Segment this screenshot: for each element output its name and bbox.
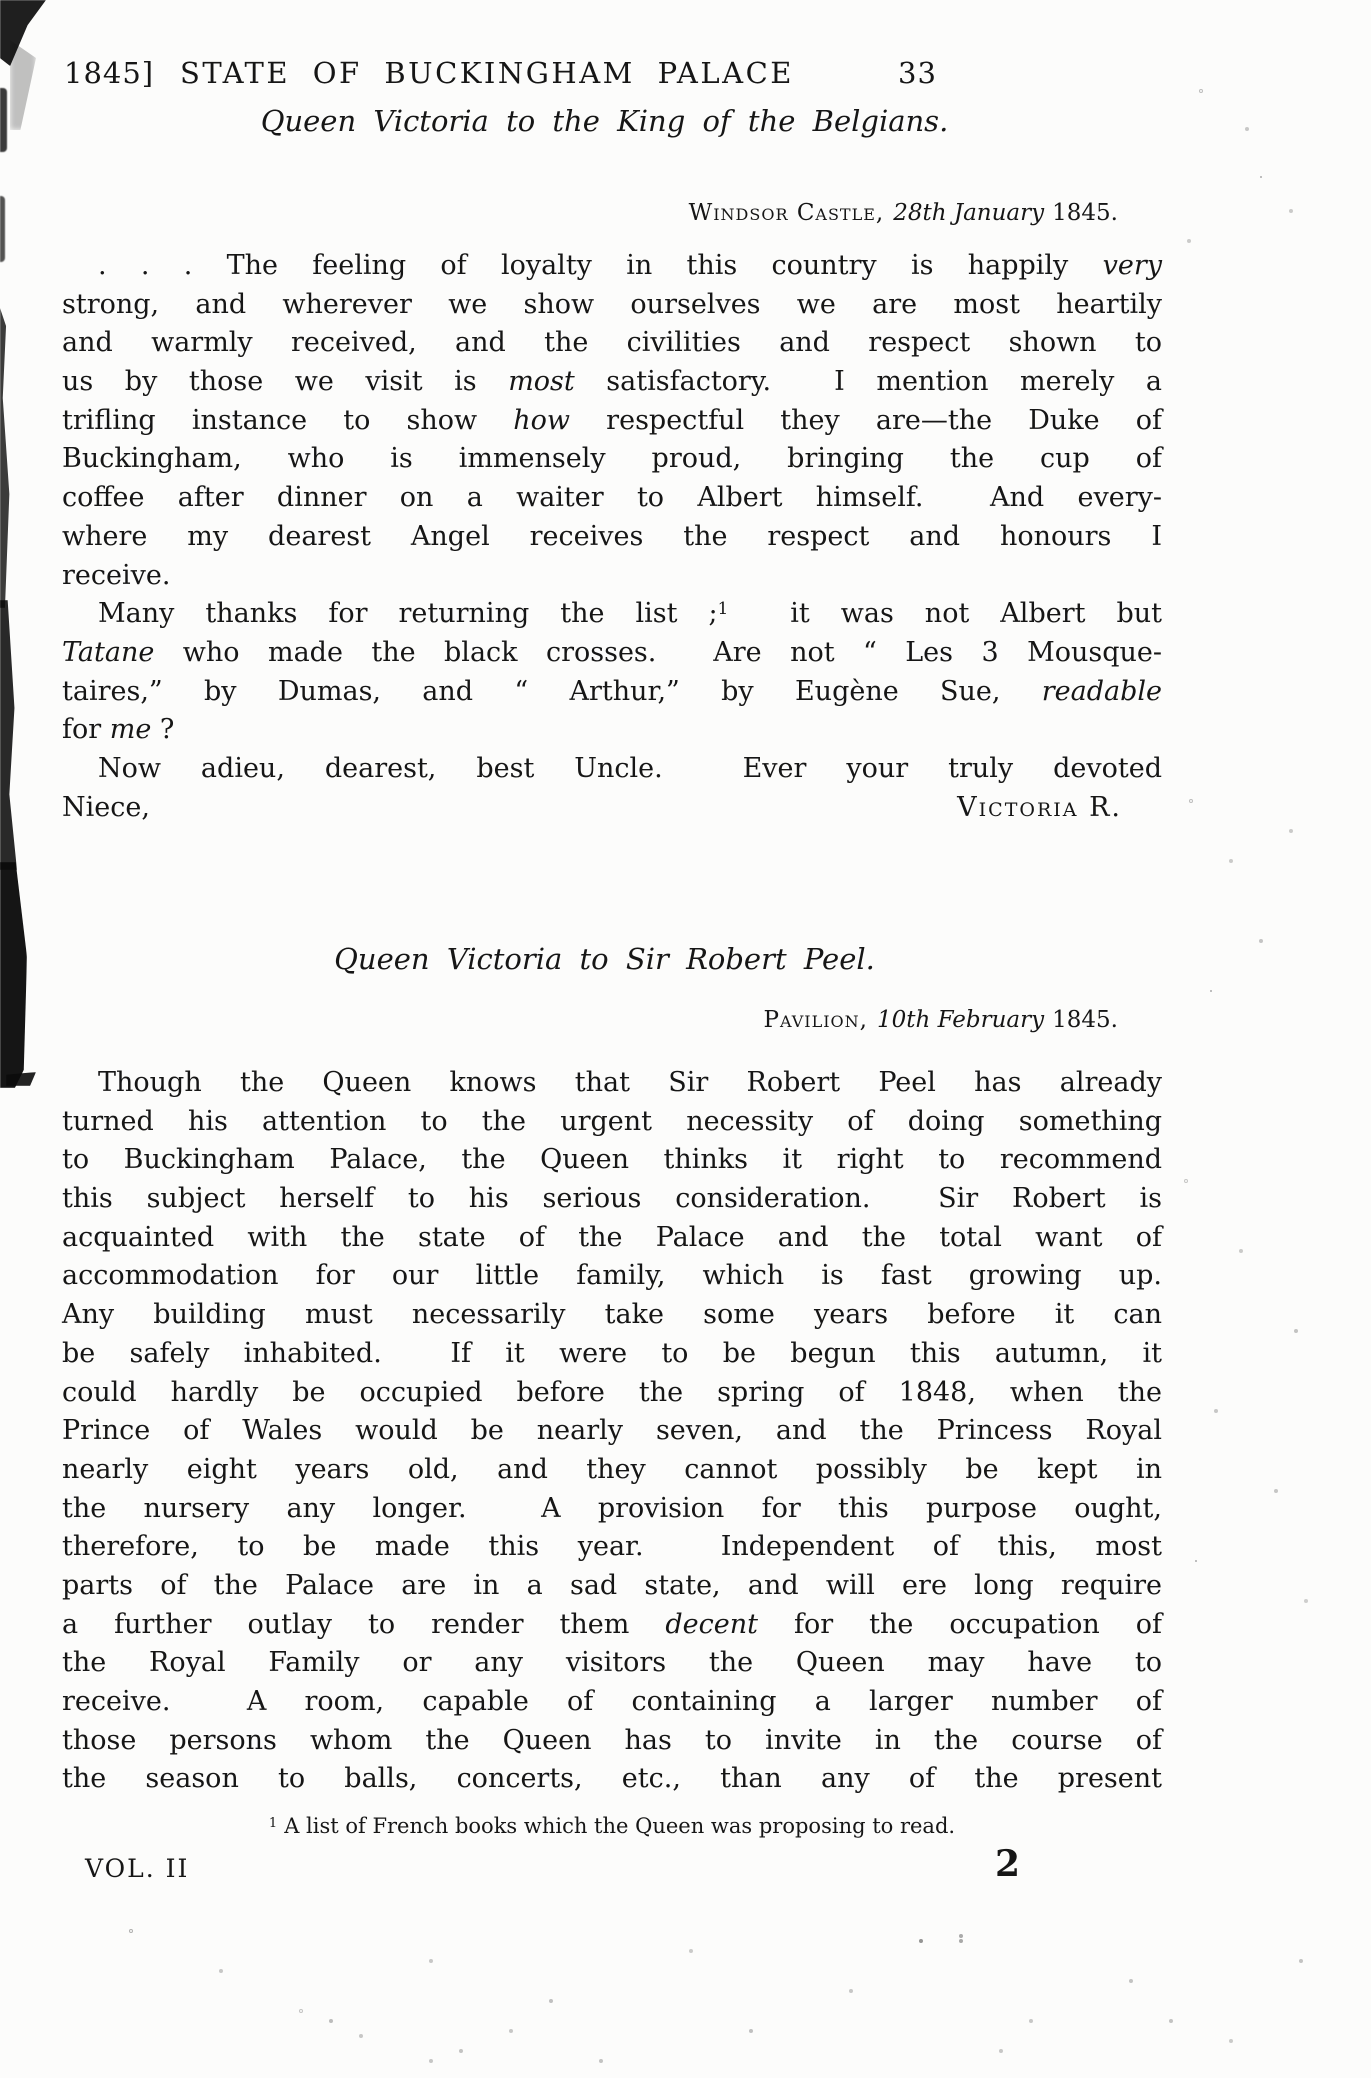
text-line: Tatane who made the black crosses. Are n… [62, 634, 1162, 673]
text-line: where my dearest Angel receives the resp… [62, 518, 1162, 557]
text-line: strong, and wherever we show ourselves w… [62, 286, 1162, 325]
signature-row: Niece, Victoria R. [62, 789, 1162, 828]
dateline-place: Windsor Castle, [689, 200, 885, 226]
footer-volume-label: VOL. II [85, 1854, 189, 1884]
dateline-year: 1845. [1052, 1007, 1118, 1033]
text-line: turned his attention to the urgent neces… [62, 1103, 1162, 1142]
text-line: for me ? [62, 711, 1162, 750]
running-header-year: 1845] [64, 56, 154, 90]
scanned-book-page: 1845] STATE OF BUCKINGHAM PALACE 33 Quee… [0, 0, 1371, 2078]
scan-artifact-left-band [0, 308, 11, 608]
text-line: nearly eight years old, and they cannot … [62, 1451, 1162, 1490]
text-line: this subject herself to his serious cons… [62, 1180, 1162, 1219]
running-header-page-number: 33 [898, 56, 937, 90]
signature-closing: Niece, [62, 789, 150, 828]
letter-1-dateline: Windsor Castle,28th January1845. [62, 199, 1118, 227]
text-line: and warmly received, and the civilities … [62, 324, 1162, 363]
text-line: the Royal Family or any visitors the Que… [62, 1644, 1162, 1683]
text-line: us by those we visit is most satisfactor… [62, 363, 1162, 402]
text-line: a further outlay to render them decent f… [62, 1606, 1162, 1645]
dateline-date: 28th January [893, 200, 1044, 226]
text-line: could hardly be occupied before the spri… [62, 1374, 1162, 1413]
text-line: Any building must necessarily take some … [62, 1296, 1162, 1335]
text-line: taires,” by Dumas, and “ Arthur,” by Eug… [62, 673, 1162, 712]
letter-2-body: Though the Queen knows that Sir Robert P… [62, 1064, 1162, 1799]
scan-artifact-corner-halo [10, 40, 36, 130]
text-line: Though the Queen knows that Sir Robert P… [62, 1064, 1162, 1103]
footnote: 1A list of French books which the Queen … [62, 1813, 1162, 1843]
scan-noise [1200, 90, 1202, 92]
scan-noise [130, 1930, 132, 1932]
scan-artifact-edge-sliver [0, 88, 7, 152]
letter-2-dateline: Pavilion,10th February1845. [62, 1006, 1118, 1034]
dateline-place: Pavilion, [763, 1007, 867, 1033]
text-line: Prince of Wales would be nearly seven, a… [62, 1412, 1162, 1451]
text-line: Buckingham, who is immensely proud, brin… [62, 440, 1162, 479]
letter-1-heading: Queen Victoria to the King of the Belgia… [62, 104, 1147, 138]
text-line: . . . The feeling of loyalty in this cou… [62, 247, 1162, 286]
text-line: to Buckingham Palace, the Queen thinks i… [62, 1141, 1162, 1180]
text-line: those persons whom the Queen has to invi… [62, 1722, 1162, 1761]
text-line: the season to balls, concerts, etc., tha… [62, 1760, 1162, 1799]
text-line: trifling instance to show how respectful… [62, 402, 1162, 441]
text-line: therefore, to be made this year. Indepen… [62, 1528, 1162, 1567]
signature-name: Victoria R. [957, 789, 1122, 828]
text-line: be safely inhabited. If it were to be be… [62, 1335, 1162, 1374]
text-line: receive. [62, 557, 1162, 596]
scan-noise [1190, 800, 1192, 802]
text-line: receive. A room, capable of containing a… [62, 1683, 1162, 1722]
text-line: the nursery any longer. A provision for … [62, 1490, 1162, 1529]
letter-2-heading: Queen Victoria to Sir Robert Peel. [62, 942, 1147, 976]
text-line: Many thanks for returning the list ;1 it… [62, 595, 1162, 634]
dateline-date: 10th February [877, 1007, 1044, 1033]
letter-1-body: . . . The feeling of loyalty in this cou… [62, 247, 1162, 789]
scan-noise [300, 2010, 302, 2012]
footnote-marker: 1 [269, 1816, 277, 1831]
footnote-text: A list of French books which the Queen w… [284, 1814, 955, 1838]
text-line: parts of the Palace are in a sad state, … [62, 1567, 1162, 1606]
footer-page-number: 2 [995, 1845, 1020, 1883]
scan-artifact-left-band [0, 862, 27, 1088]
dateline-year: 1845. [1052, 200, 1118, 226]
text-line: accommodation for our little family, whi… [62, 1257, 1162, 1296]
text-line: acquainted with the state of the Palace … [62, 1219, 1162, 1258]
text-line: coffee after dinner on a waiter to Alber… [62, 479, 1162, 518]
text-line: Now adieu, dearest, best Uncle. Ever you… [62, 750, 1162, 789]
scan-artifact-left-band [0, 600, 17, 870]
scan-artifact-edge-sliver [0, 196, 5, 262]
running-header-title: STATE OF BUCKINGHAM PALACE [180, 56, 794, 90]
scan-noise [1185, 1180, 1187, 1182]
